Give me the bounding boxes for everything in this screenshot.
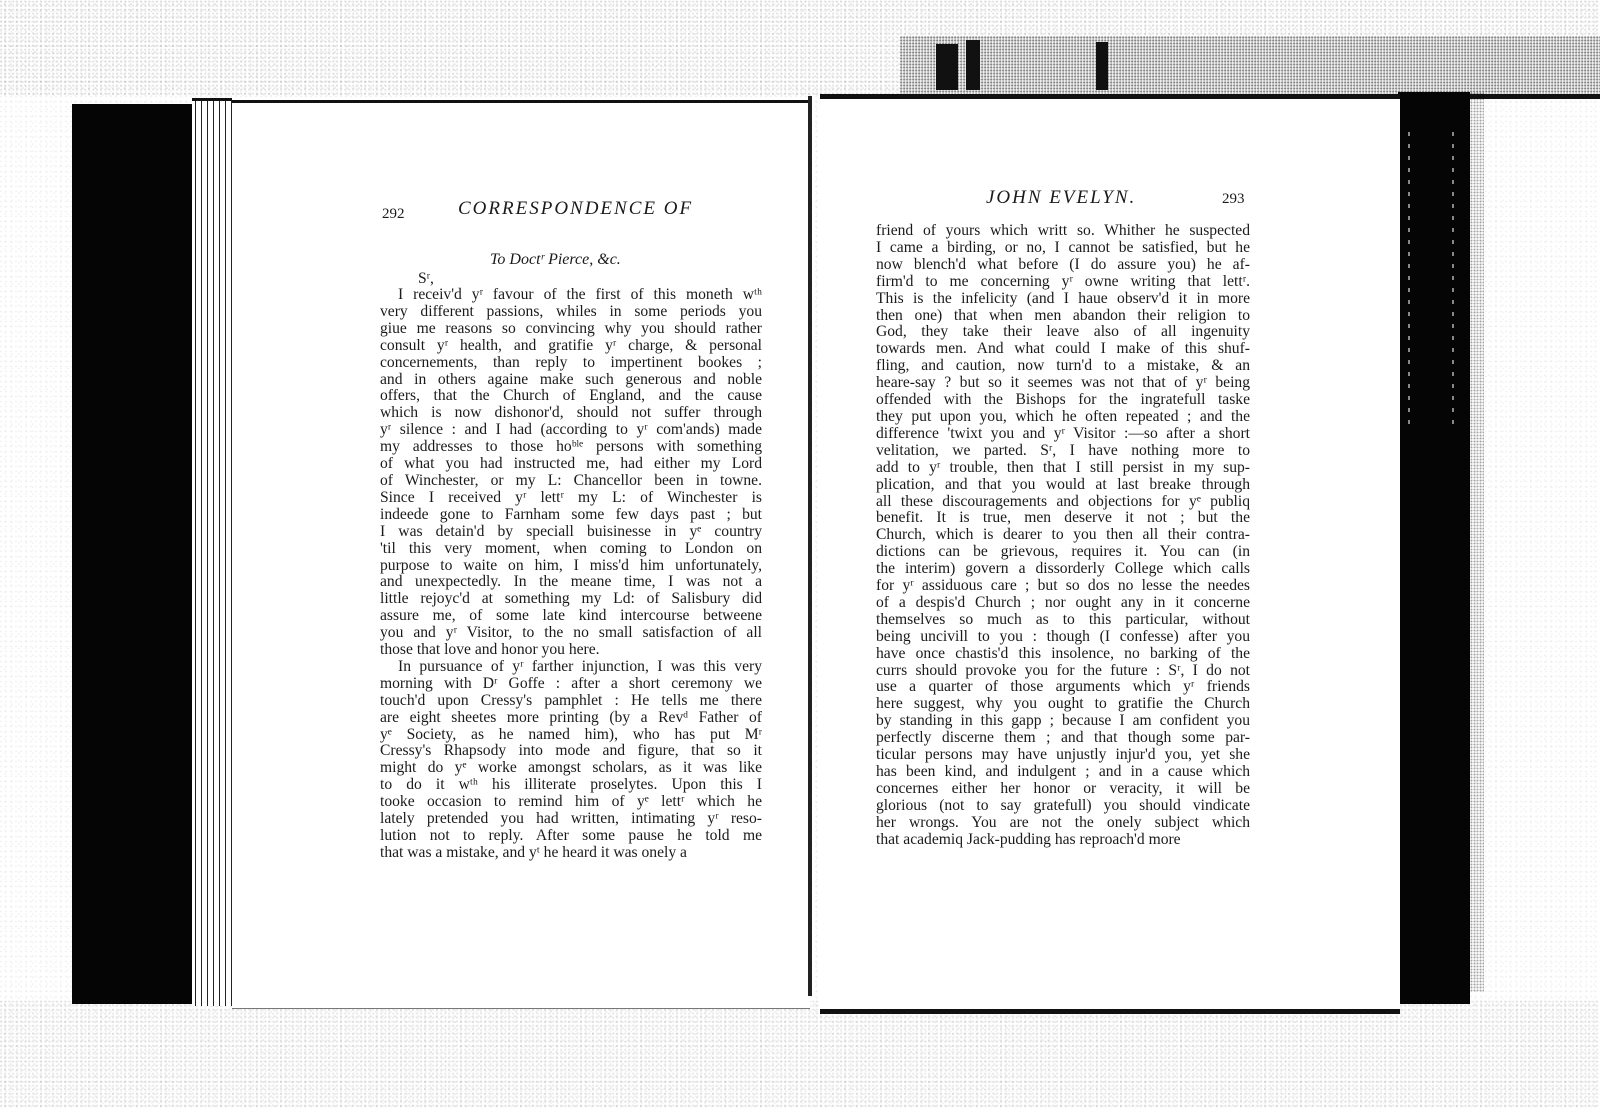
text-line: of Winchester, or my L: Chancellor been … — [380, 473, 762, 490]
text-line: for yʳ assiduous care ; but so dos no le… — [876, 578, 1250, 595]
text-line: and in others againe make such generous … — [380, 372, 762, 389]
text-line: assure me, of some late kind intercourse… — [380, 608, 762, 625]
text-line: heare-say ? but so it seemes was not tha… — [876, 375, 1250, 392]
book-cover-right — [1398, 92, 1470, 1004]
text-line: In pursuance of yʳ farther injunction, I… — [380, 659, 762, 676]
text-line: by standing in this gapp ; because I am … — [876, 713, 1250, 730]
text-line: consult yʳ health, and gratifie yʳ charg… — [380, 338, 762, 355]
text-line: all these discouragements and objections… — [876, 494, 1250, 511]
page-number: 293 — [1222, 191, 1245, 208]
text-line: giue me reasons so convincing why you sh… — [380, 321, 762, 338]
text-line: morning with Dʳ Goffe : after a short ce… — [380, 676, 762, 693]
text-line: I came a birding, or no, I cannot be sat… — [876, 240, 1250, 257]
text-line: I receiv'd yʳ favour of the first of thi… — [380, 287, 762, 304]
left-page-body: I receiv'd yʳ favour of the first of thi… — [380, 287, 762, 862]
scan-noise-bottom — [0, 1000, 1600, 1108]
text-line: plication, and that you would at last br… — [876, 477, 1250, 494]
text-line: yʳ silence : and I had (according to yʳ … — [380, 422, 762, 439]
cover-highlight — [1408, 132, 1410, 432]
text-line: glorious (not to say gratefull) you shou… — [876, 798, 1250, 815]
text-line: might do yᵉ worke amongst scholars, as i… — [380, 760, 762, 777]
text-line: then one) that when men abandon their re… — [876, 308, 1250, 325]
cover-edge-right — [1470, 92, 1484, 992]
text-line: difference 'twixt you and yʳ Visitor :—s… — [876, 426, 1250, 443]
text-line: dictions can be grievous, requires it. Y… — [876, 544, 1250, 561]
text-line: benefit. It is true, men deserve it not … — [876, 510, 1250, 527]
running-head: CORRESPONDENCE OF — [458, 198, 693, 220]
text-line: very different passions, whiles in some … — [380, 304, 762, 321]
text-line: my addresses to those hoᵇˡᵉ persons with… — [380, 439, 762, 456]
text-line: of a despis'd Church ; nor ought any in … — [876, 595, 1250, 612]
text-line: here suggest, why you ought to gratifie … — [876, 696, 1250, 713]
page-edges-left — [192, 98, 232, 1006]
text-line: themselves so much as to this particular… — [876, 612, 1250, 629]
text-line: tooke occasion to remind him of yᵉ lettʳ… — [380, 794, 762, 811]
book-top-board — [900, 36, 1600, 99]
text-line: lution not to reply. After some pause he… — [380, 828, 762, 845]
ribbon-marker — [936, 44, 958, 90]
text-line: velitation, we parted. Sʳ, I have nothin… — [876, 443, 1250, 460]
text-line: that was a mistake, and yᵗ he heard it w… — [380, 845, 762, 862]
text-line: use a quarter of those arguments which y… — [876, 679, 1250, 696]
text-line: indeede gone to Farnham some few days pa… — [380, 507, 762, 524]
text-line: God, they take their leave also of all i… — [876, 324, 1250, 341]
text-line: have once chastis'd this insolence, no b… — [876, 646, 1250, 663]
text-line: ticular persons may have unjustly injur'… — [876, 747, 1250, 764]
page-number: 292 — [382, 206, 405, 223]
text-line: perfectly discerne them ; and that thoug… — [876, 730, 1250, 747]
book-gutter — [808, 96, 812, 996]
text-line: has been kind, and indulgent ; and in a … — [876, 764, 1250, 781]
text-line: 'til this very moment, when coming to Lo… — [380, 541, 762, 558]
text-line: lately pretended you had written, intima… — [380, 811, 762, 828]
text-line: friend of yours which writt so. Whither … — [876, 223, 1250, 240]
text-line: Since I received yʳ lettʳ my L: of Winch… — [380, 490, 762, 507]
text-line: add to yʳ trouble, then that I still per… — [876, 460, 1250, 477]
text-line: touch'd upon Cressy's pamphlet : He tell… — [380, 693, 762, 710]
text-line: are eight sheetes more printing (by a Re… — [380, 710, 762, 727]
book-cover-left — [72, 104, 192, 1004]
text-line: Cressy's Rhapsody into mode and figure, … — [380, 743, 762, 760]
text-line: you and yʳ Visitor, to the no small sati… — [380, 625, 762, 642]
text-line: currs should provoke you for the future … — [876, 663, 1250, 680]
text-line: now blench'd what before (I do assure yo… — [876, 257, 1250, 274]
letter-heading: To Doctʳ Pierce, &c. — [490, 251, 621, 269]
ribbon-marker — [966, 40, 980, 90]
text-line: This is the infelicity (and I haue obser… — [876, 291, 1250, 308]
text-line: they put upon you, which he often repeat… — [876, 409, 1250, 426]
left-page: 292 CORRESPONDENCE OF To Doctʳ Pierce, &… — [232, 100, 810, 1009]
right-page: JOHN EVELYN. 293 friend of yours which w… — [820, 94, 1400, 1014]
text-line: which is now dishonor'd, should not suff… — [380, 405, 762, 422]
text-line: concernes either her honor or veracity, … — [876, 781, 1250, 798]
text-line: being uncivill to you : though (I confes… — [876, 629, 1250, 646]
text-line: and unexpectedly. In the meane time, I w… — [380, 574, 762, 591]
right-page-body: friend of yours which writt so. Whither … — [876, 223, 1250, 849]
cover-highlight — [1452, 132, 1454, 432]
text-line: offended with the Bishops for the ingrat… — [876, 392, 1250, 409]
text-line: her wrongs. You are not the onely subjec… — [876, 815, 1250, 832]
text-line: little rejoyc'd at something my Ld: of S… — [380, 591, 762, 608]
ribbon-marker — [1096, 42, 1108, 90]
text-line: to do it wᵗʰ his illiterate proselytes. … — [380, 777, 762, 794]
running-head: JOHN EVELYN. — [986, 187, 1136, 209]
text-line: Church, which is dearer to you then all … — [876, 527, 1250, 544]
text-line: offers, that the Church of England, and … — [380, 388, 762, 405]
text-line: the interim) govern a dissorderly Colleg… — [876, 561, 1250, 578]
text-line: firm'd to me concerning yʳ owne writing … — [876, 274, 1250, 291]
text-line: purpose to waite on him, I miss'd him un… — [380, 558, 762, 575]
text-line: of what you had instructed me, had eithe… — [380, 456, 762, 473]
text-line: those that love and honor you here. — [380, 642, 762, 659]
text-line: I was detain'd by speciall buisinesse in… — [380, 524, 762, 541]
text-line: that academiq Jack-pudding has reproach'… — [876, 832, 1250, 849]
text-line: towards men. And what could I make of th… — [876, 341, 1250, 358]
text-line: concernements, than reply to impertinent… — [380, 355, 762, 372]
text-line: fling, and caution, now turn'd to a mist… — [876, 358, 1250, 375]
text-line: yᵉ Society, as he named him), who has pu… — [380, 727, 762, 744]
